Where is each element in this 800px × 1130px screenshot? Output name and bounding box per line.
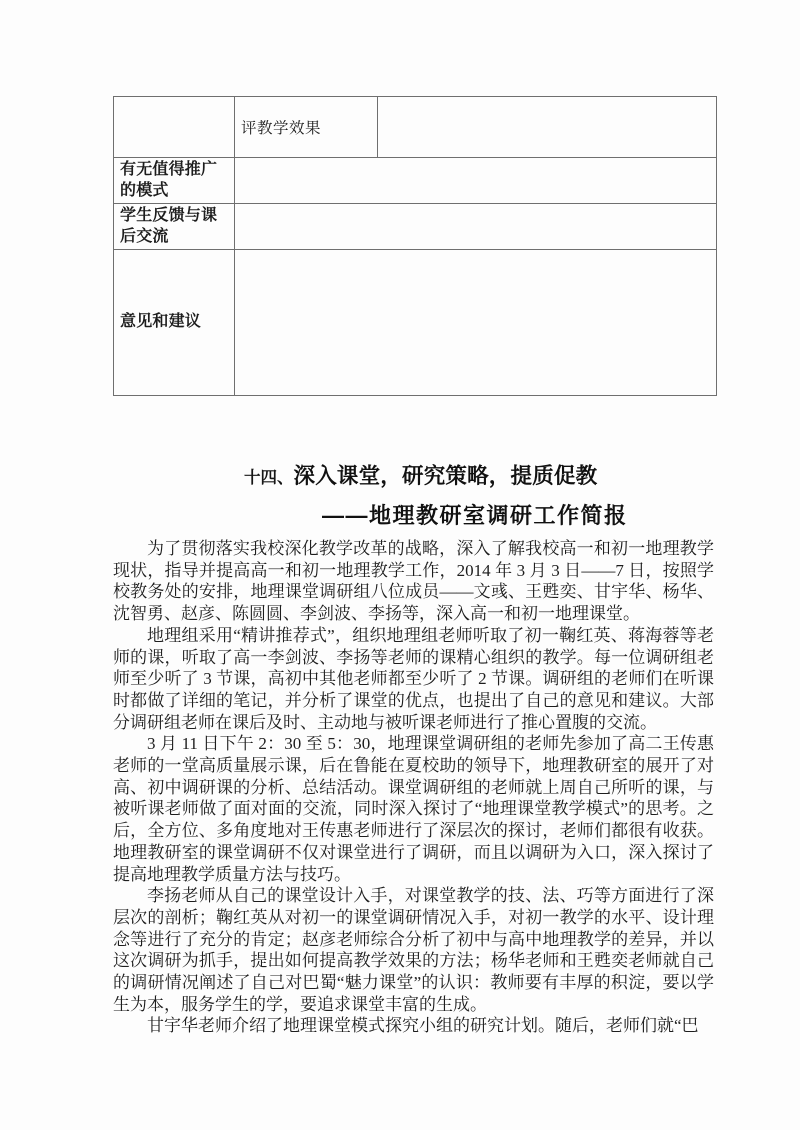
body-paragraph: 为了贯彻落实我校深化教学改革的战略，深入了解我校高一和初一地理教学现状，指导并提… bbox=[113, 538, 714, 625]
evaluation-table: 评教学效果 有无值得推广的模式 学生反馈与课后交流 意见和建议 bbox=[113, 96, 717, 396]
body-paragraph: 3 月 11 日下午 2：30 至 5：30，地理课堂调研组的老师先参加了高二王… bbox=[113, 733, 714, 885]
report-subtitle: ——地理教研室调研工作简报 bbox=[322, 499, 628, 530]
report-body: 为了贯彻落实我校深化教学改革的战略，深入了解我校高一和初一地理教学现状，指导并提… bbox=[113, 538, 714, 1037]
body-paragraph: 地理组采用“精讲推荐式”，组织地理组老师听取了初一鞠红英、蒋海蓉等老师的课，听取… bbox=[113, 625, 714, 734]
table-row: 意见和建议 bbox=[114, 250, 717, 396]
table-cell-empty bbox=[235, 250, 717, 396]
document-page: 评教学效果 有无值得推广的模式 学生反馈与课后交流 意见和建议 十四、深入课堂，… bbox=[0, 0, 800, 1130]
table-row: 学生反馈与课后交流 bbox=[114, 204, 717, 250]
table-row: 评教学效果 bbox=[114, 97, 717, 158]
row-label-student-feedback: 学生反馈与课后交流 bbox=[114, 204, 235, 250]
table-row: 有无值得推广的模式 bbox=[114, 158, 717, 204]
body-paragraph: 甘宇华老师介绍了地理课堂模式探究小组的研究计划。随后，老师们就“巴 bbox=[113, 1015, 714, 1037]
report-title: 十四、深入课堂，研究策略，提质促教 bbox=[244, 459, 597, 490]
body-paragraph: 李扬老师从自己的课堂设计入手，对课堂教学的技、法、巧等方面进行了深层次的剖析；鞠… bbox=[113, 885, 714, 1015]
row-label-opinions-suggestions: 意见和建议 bbox=[114, 250, 235, 396]
title-text: 深入课堂，研究策略，提质促教 bbox=[294, 464, 598, 488]
row-label-promotion-mode: 有无值得推广的模式 bbox=[114, 158, 235, 204]
table-cell-empty bbox=[235, 204, 717, 250]
table-cell-teaching-effect-label: 评教学效果 bbox=[235, 97, 378, 158]
table-cell-empty bbox=[378, 97, 717, 158]
table-cell-empty bbox=[114, 97, 235, 158]
table-cell-empty bbox=[235, 158, 717, 204]
section-number: 十四、 bbox=[244, 468, 294, 487]
